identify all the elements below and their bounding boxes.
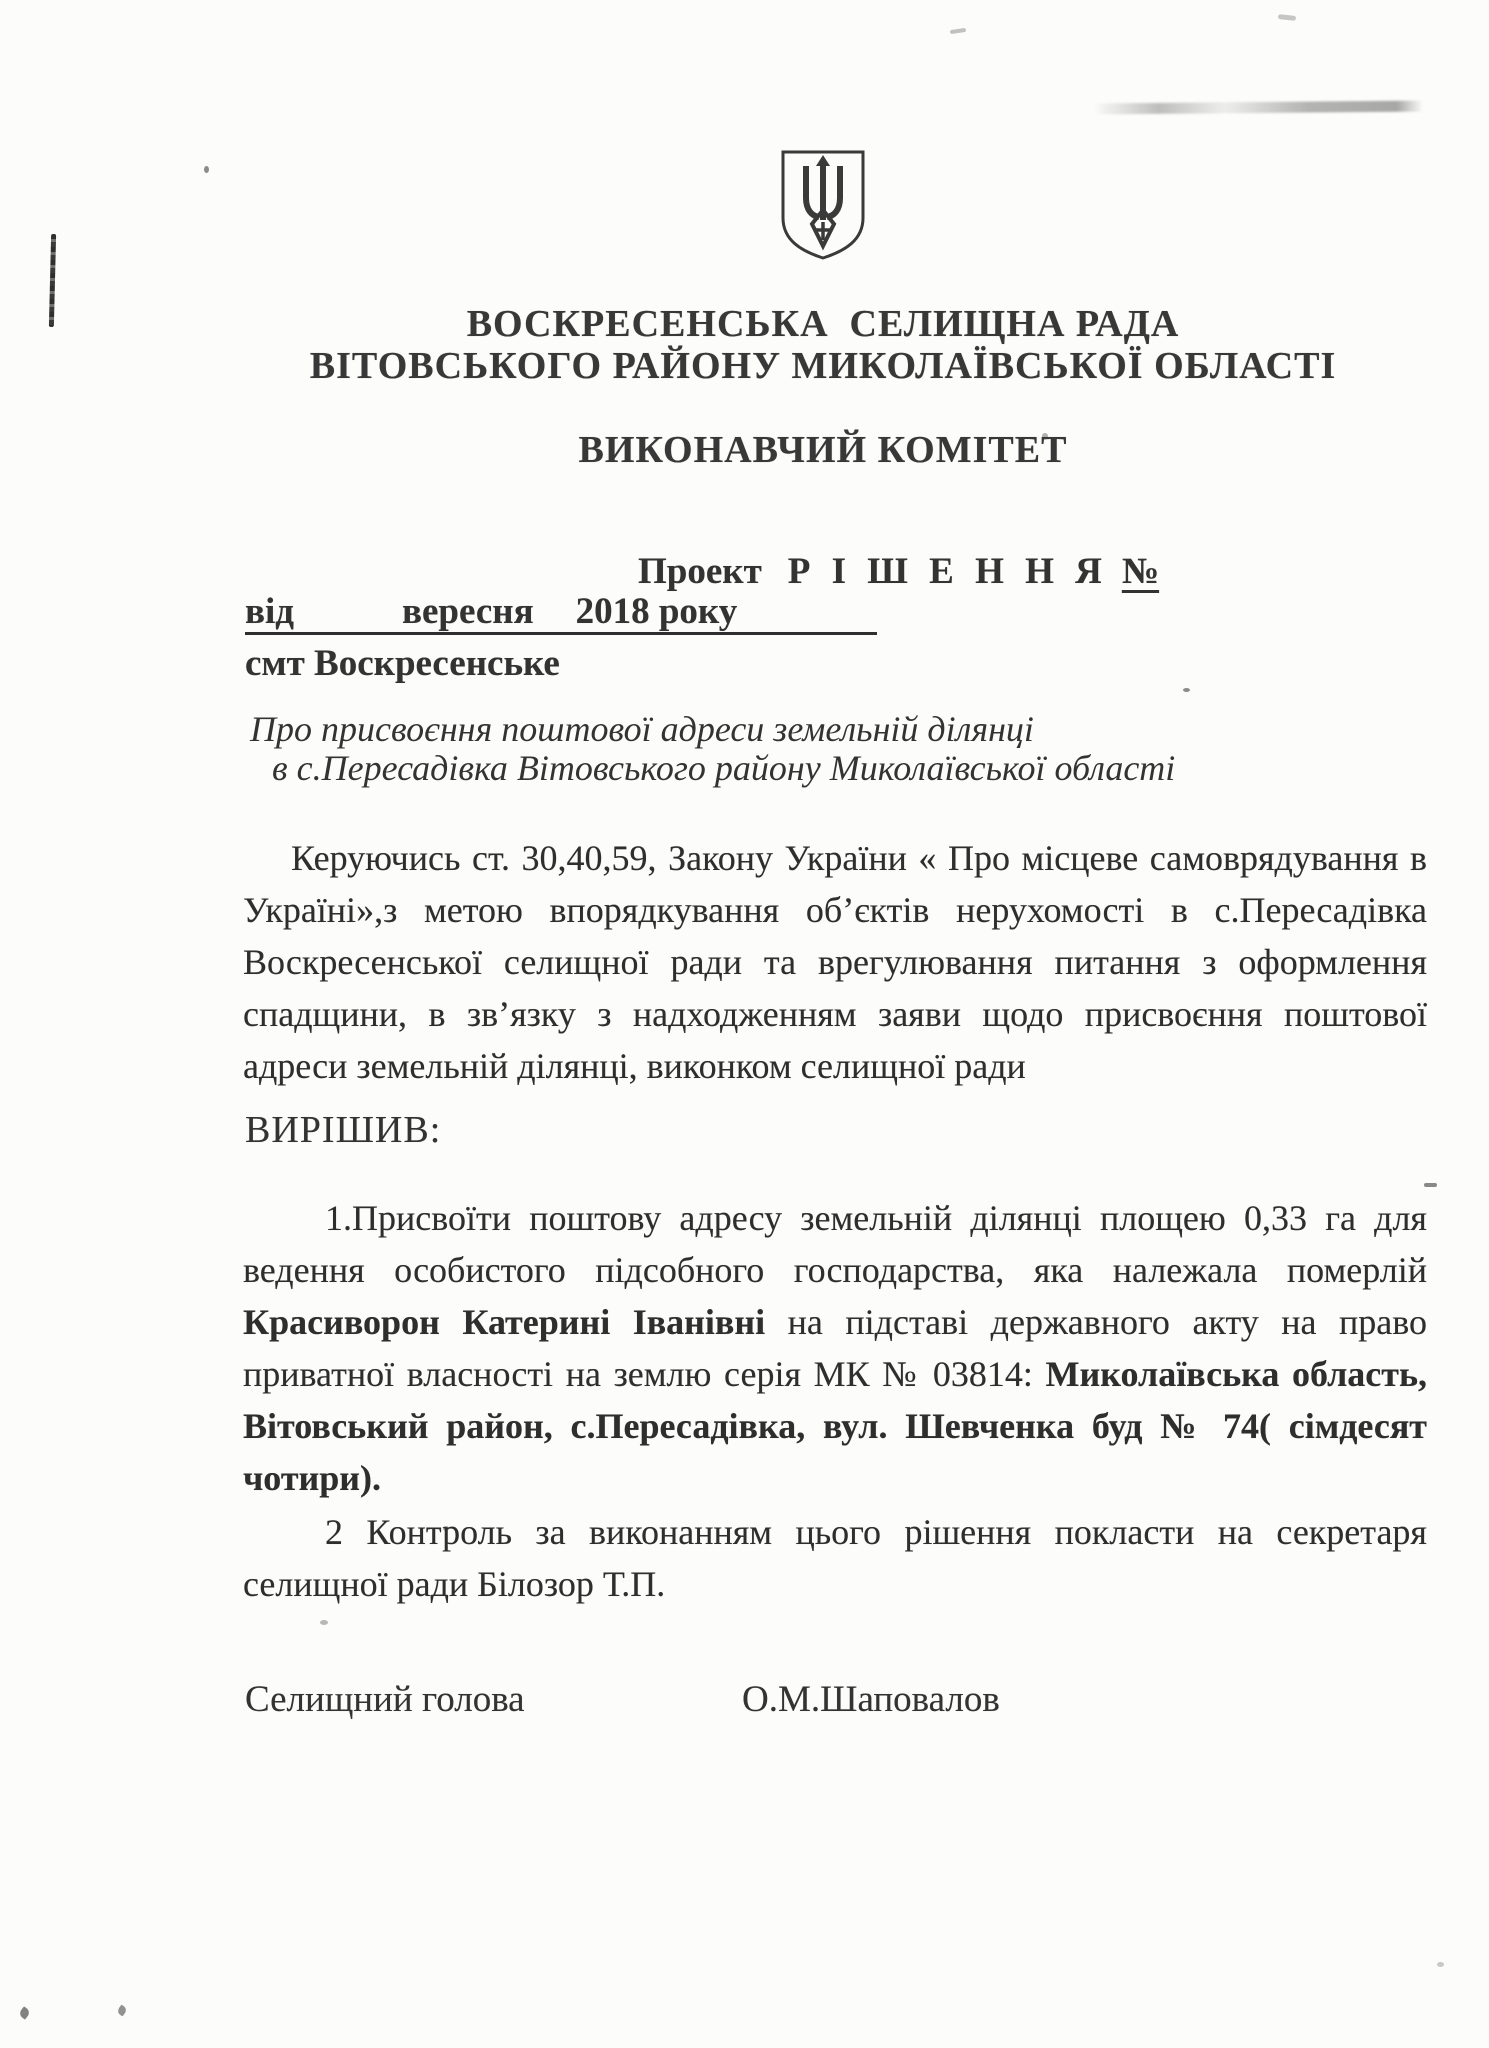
- scan-smudge: [1093, 101, 1423, 115]
- decision-subject: Про присвоєння поштової адреси земельній…: [250, 710, 1250, 788]
- item1-line3-rest: на підставі державного акту на право: [765, 1302, 1427, 1342]
- subject-line1: Про присвоєння поштової адреси земельній…: [250, 710, 1250, 749]
- signatory-title: Селищний голова: [245, 1678, 525, 1721]
- preamble-line: адреси земельній ділянці, виконком селищ…: [243, 1040, 1427, 1092]
- scan-speck: [1437, 1962, 1444, 1967]
- settlement-name: смт Воскресенське: [245, 642, 560, 685]
- ukraine-trident-emblem-icon: [778, 148, 868, 262]
- resolution-item-2: 2 Контроль за виконанням цього рішення п…: [243, 1506, 1427, 1610]
- scan-speck: [320, 1620, 328, 1625]
- decision-title-line: ПроектР І Ш Е Н Н Я№: [638, 550, 1159, 593]
- deceased-owner-name: Красиворон Катерині Іванівні: [243, 1302, 765, 1342]
- scan-speck: [950, 28, 966, 34]
- assigned-address-part1: Миколаївська область,: [1046, 1354, 1427, 1394]
- item2-line: 2 Контроль за виконанням цього рішення п…: [243, 1506, 1427, 1558]
- scan-vertical-mark: [49, 234, 56, 327]
- scan-speck: [18, 2006, 31, 2019]
- item1-line4-start: приватної власності на землю серія МК № …: [243, 1354, 1046, 1394]
- assigned-address-part2: Вітовський район, с.Пересадівка, вул. Ше…: [243, 1400, 1427, 1452]
- assigned-address-part3: чотири).: [243, 1452, 1427, 1504]
- item1-line: ведення особистого підсобного господарст…: [243, 1244, 1427, 1296]
- signatory-name: О.М.Шаповалов: [742, 1678, 1000, 1721]
- decision-date-line: відвересня2018 року: [245, 590, 877, 635]
- committee-title: ВИКОНАВЧИЙ КОМІТЕТ: [240, 428, 1406, 472]
- preamble-line: спадщини, в зв’язку з надходженням заяви…: [243, 988, 1427, 1040]
- item1-line: Красиворон Катерині Іванівні на підставі…: [243, 1296, 1427, 1348]
- org-name-line1: ВОСКРЕСЕНСЬКА СЕЛИЩНА РАДА: [240, 303, 1406, 345]
- org-name-line2: ВІТОВСЬКОГО РАЙОНУ МИКОЛАЇВСЬКОЇ ОБЛАСТІ: [240, 345, 1406, 387]
- scan-speck: [1183, 688, 1190, 692]
- preamble-paragraph: Керуючись ст. 30,40,59, Закону України «…: [243, 832, 1427, 1092]
- subject-line2: в с.Пересадівка Вітовського району Микол…: [250, 749, 1250, 788]
- date-month: вересня: [402, 591, 534, 632]
- project-label: Проект: [638, 551, 762, 592]
- scan-speck: [116, 2004, 128, 2016]
- decided-label: ВИРІШИВ:: [245, 1108, 441, 1152]
- org-header: ВОСКРЕСЕНСЬКА СЕЛИЩНА РАДА ВІТОВСЬКОГО Р…: [240, 303, 1406, 387]
- scan-speck: [1424, 1183, 1437, 1187]
- item1-line: 1.Присвоїти поштову адресу земельній діл…: [243, 1192, 1427, 1244]
- item1-line: приватної власності на землю серія МК № …: [243, 1348, 1427, 1400]
- date-year: 2018 року: [576, 591, 738, 632]
- scan-speck: [204, 166, 209, 173]
- item2-line: селищної ради Білозор Т.П.: [243, 1558, 1427, 1610]
- preamble-line: Воскресенської селищної ради та врегулюв…: [243, 936, 1427, 988]
- scanned-document-page: ВОСКРЕСЕНСЬКА СЕЛИЩНА РАДА ВІТОВСЬКОГО Р…: [0, 0, 1489, 2048]
- resolution-item-1: 1.Присвоїти поштову адресу земельній діл…: [243, 1192, 1427, 1504]
- decision-number-sign: №: [1122, 551, 1159, 592]
- date-prefix: від: [245, 591, 294, 632]
- scan-speck: [1278, 14, 1296, 21]
- preamble-line: Україні»,з метою впорядкування об’єктів …: [243, 884, 1427, 936]
- decision-label: Р І Ш Е Н Н Я: [788, 551, 1108, 592]
- preamble-line: Керуючись ст. 30,40,59, Закону України «…: [243, 832, 1427, 884]
